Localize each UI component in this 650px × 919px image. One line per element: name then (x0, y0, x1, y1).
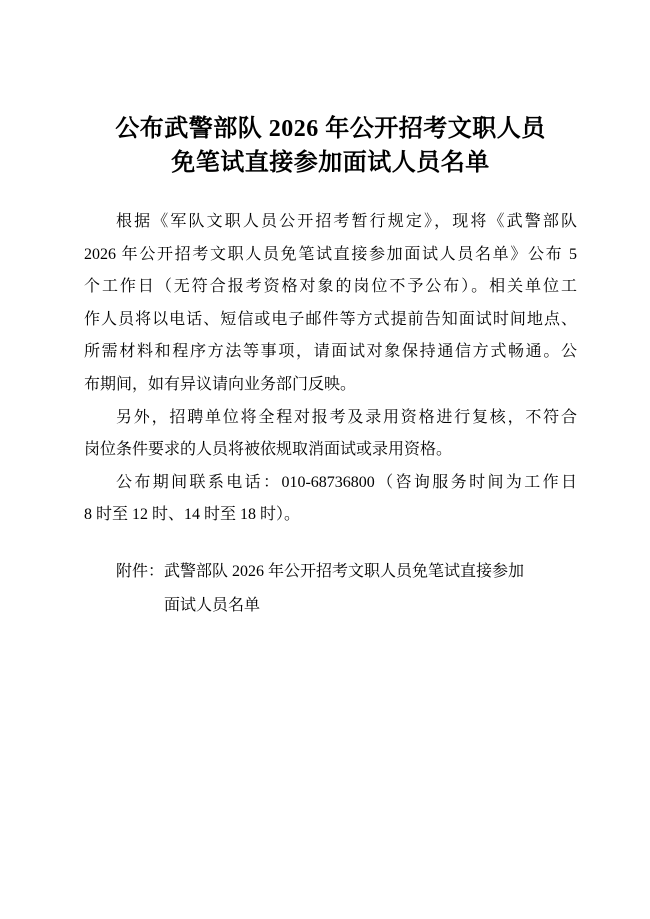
attachment-line: 面试人员名单 (84, 589, 577, 623)
paragraph-announcement: 根据《军队文职人员公开招考暂行规定》，现将《武警部队 2026 年公开招考文职人… (84, 206, 577, 402)
paragraph-line: 布期间，如有异议请向业务部门反映。 (84, 369, 577, 402)
paragraph-line: 2026 年公开招考文职人员免笔试直接参加面试人员名单》公布 5 (84, 239, 577, 272)
title-line-2: 免笔试直接参加面试人员名单 (84, 146, 577, 180)
attachment-note: 附件：武警部队 2026 年公开招考文职人员免笔试直接参加 面试人员名单 (84, 555, 577, 623)
attachment-line: 附件：武警部队 2026 年公开招考文职人员免笔试直接参加 (84, 555, 577, 589)
paragraph-line: 8 时至 12 时、14 时至 18 时）。 (84, 499, 577, 532)
paragraph-line: 所需材料和程序方法等事项，请面试对象保持通信方式畅通。公 (84, 336, 577, 369)
paragraph-line: 公布期间联系电话：010-68736800（咨询服务时间为工作日 (84, 467, 577, 500)
paragraph-review-notice: 另外，招聘单位将全程对报考及录用资格进行复核，不符合 岗位条件要求的人员将被依规… (84, 402, 577, 467)
document-title: 公布武警部队 2026 年公开招考文职人员 免笔试直接参加面试人员名单 (84, 112, 577, 180)
paragraph-contact-phone: 公布期间联系电话：010-68736800（咨询服务时间为工作日 8 时至 12… (84, 467, 577, 532)
document-body: 根据《军队文职人员公开招考暂行规定》，现将《武警部队 2026 年公开招考文职人… (84, 206, 577, 623)
paragraph-line: 另外，招聘单位将全程对报考及录用资格进行复核，不符合 (84, 402, 577, 435)
document-content: 公布武警部队 2026 年公开招考文职人员 免笔试直接参加面试人员名单 根据《军… (0, 0, 650, 623)
document-page: 公布武警部队 2026 年公开招考文职人员 免笔试直接参加面试人员名单 根据《军… (0, 0, 650, 919)
paragraph-line: 岗位条件要求的人员将被依规取消面试或录用资格。 (84, 434, 577, 467)
paragraph-line: 个工作日（无符合报考资格对象的岗位不予公布）。相关单位工 (84, 271, 577, 304)
title-line-1: 公布武警部队 2026 年公开招考文职人员 (84, 112, 577, 146)
paragraph-line: 根据《军队文职人员公开招考暂行规定》，现将《武警部队 (84, 206, 577, 239)
paragraph-line: 作人员将以电话、短信或电子邮件等方式提前告知面试时间地点、 (84, 304, 577, 337)
